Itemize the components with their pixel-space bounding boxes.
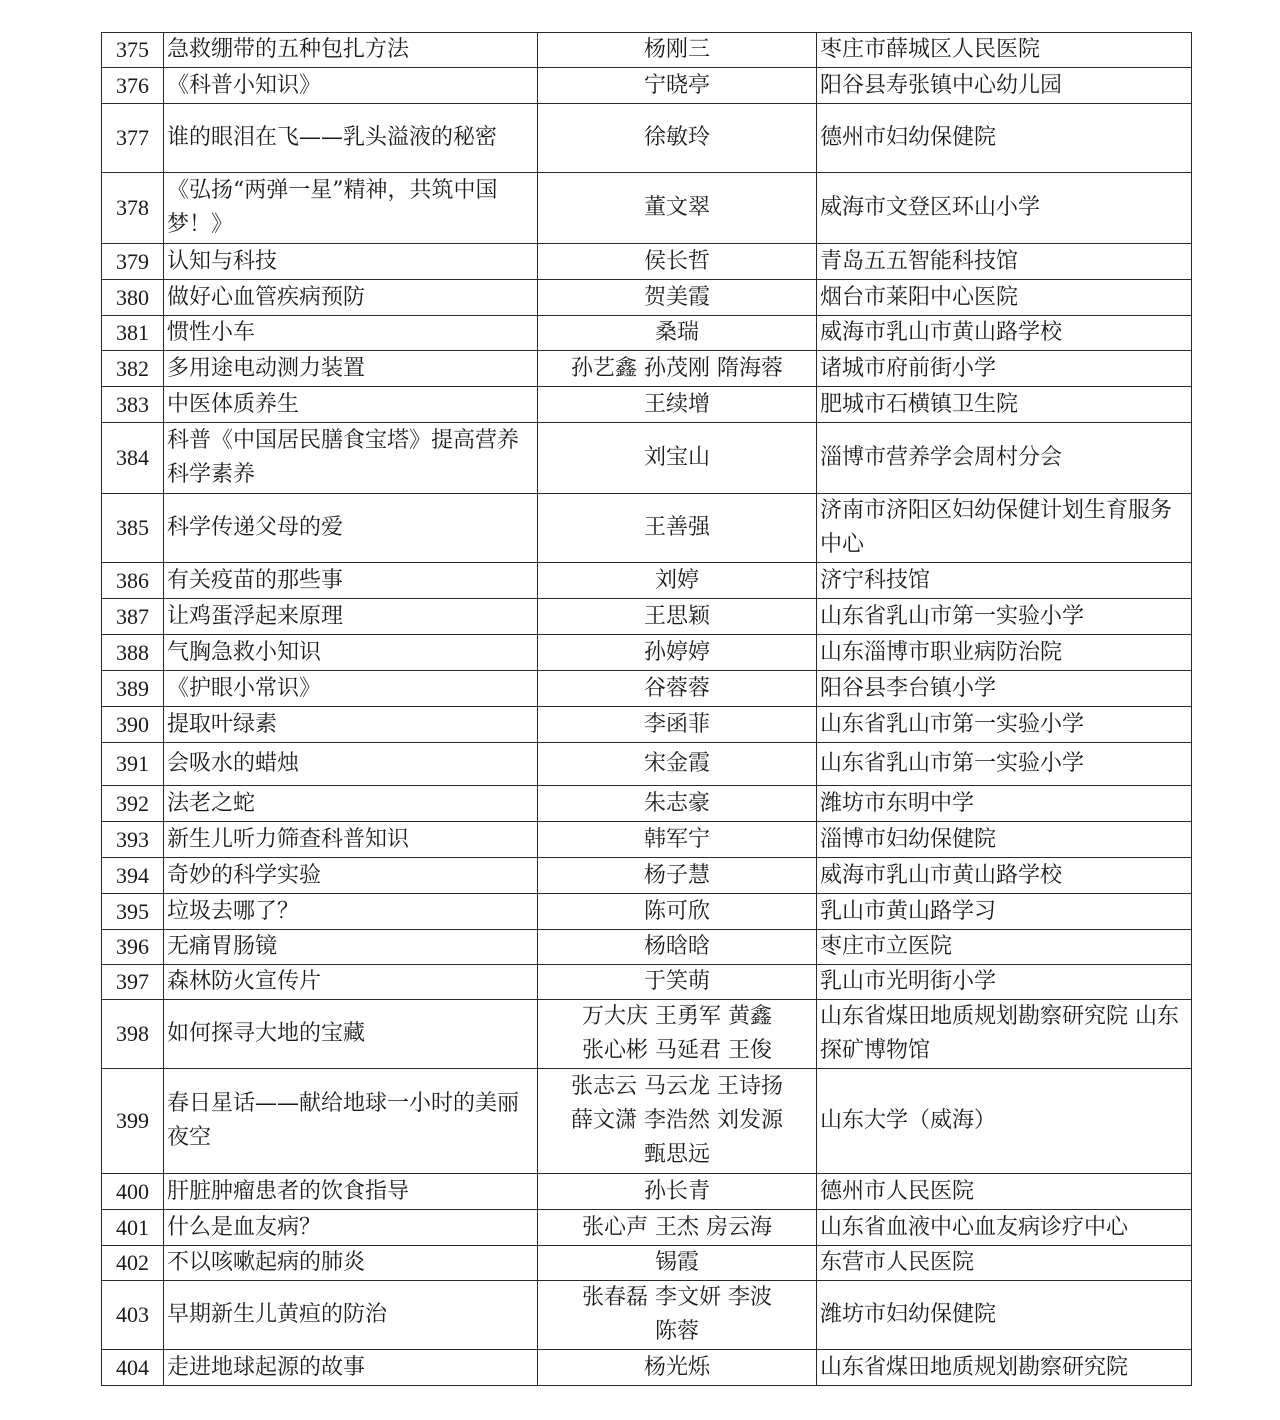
entry-organization: 山东淄博市职业病防治院 (817, 635, 1192, 671)
entry-organization: 潍坊市东明中学 (817, 786, 1192, 822)
entry-number: 376 (102, 68, 164, 104)
table-body: 375 急救绷带的五种包扎方法 杨刚三 枣庄市薛城区人民医院 376 《科普小知… (102, 33, 1192, 1386)
table-row: 391 会吸水的蜡烛 宋金霞 山东省乳山市第一实验小学 (102, 743, 1192, 786)
entry-number: 387 (102, 599, 164, 635)
table-row: 393 新生儿听力筛查科普知识 韩军宁 淄博市妇幼保健院 (102, 822, 1192, 858)
table-row: 398 如何探寻大地的宝藏 万大庆 王勇军 黄鑫 张心彬 马延君 王俊 山东省煤… (102, 1000, 1192, 1069)
entry-number: 404 (102, 1350, 164, 1386)
entry-authors: 刘宝山 (538, 423, 817, 494)
table-row: 379 认知与科技 侯长哲 青岛五五智能科技馆 (102, 244, 1192, 280)
table-row: 403 早期新生儿黄疸的防治 张春磊 李文妍 李波 陈蓉 潍坊市妇幼保健院 (102, 1281, 1192, 1350)
entry-organization: 阳谷县寿张镇中心幼儿园 (817, 68, 1192, 104)
entry-authors: 董文翠 (538, 173, 817, 244)
table-row: 399 春日星话——献给地球一小时的美丽夜空 张志云 马云龙 王诗扬 薛文潇 李… (102, 1069, 1192, 1174)
table-row: 404 走进地球起源的故事 杨光烁 山东省煤田地质规划勘察研究院 (102, 1350, 1192, 1386)
entry-organization: 德州市人民医院 (817, 1174, 1192, 1210)
entry-organization: 烟台市莱阳中心医院 (817, 280, 1192, 316)
table-row: 388 气胸急救小知识 孙婷婷 山东淄博市职业病防治院 (102, 635, 1192, 671)
entry-authors: 杨光烁 (538, 1350, 817, 1386)
entry-number: 378 (102, 173, 164, 244)
entry-title: 科学传递父母的爱 (164, 494, 538, 563)
table-row: 392 法老之蛇 朱志豪 潍坊市东明中学 (102, 786, 1192, 822)
entry-organization: 威海市乳山市黄山路学校 (817, 858, 1192, 894)
table-row: 384 科普《中国居民膳食宝塔》提高营养科学素养 刘宝山 淄博市营养学会周村分会 (102, 423, 1192, 494)
entry-number: 379 (102, 244, 164, 280)
entry-number: 384 (102, 423, 164, 494)
entry-authors: 桑瑞 (538, 316, 817, 351)
entry-title: 新生儿听力筛查科普知识 (164, 822, 538, 858)
entry-title: 《弘扬“两弹一星”精神，共筑中国梦！》 (164, 173, 538, 244)
entry-organization: 淄博市营养学会周村分会 (817, 423, 1192, 494)
entry-number: 402 (102, 1246, 164, 1281)
entry-title: 肝脏肿瘤患者的饮食指导 (164, 1174, 538, 1210)
entry-title: 奇妙的科学实验 (164, 858, 538, 894)
entry-authors: 孙婷婷 (538, 635, 817, 671)
table-row: 396 无痛胃肠镜 杨晗晗 枣庄市立医院 (102, 930, 1192, 965)
entry-organization: 山东省乳山市第一实验小学 (817, 743, 1192, 786)
entry-authors: 万大庆 王勇军 黄鑫 张心彬 马延君 王俊 (538, 1000, 817, 1069)
entry-number: 383 (102, 387, 164, 423)
entry-number: 385 (102, 494, 164, 563)
entry-number: 386 (102, 563, 164, 599)
entry-number: 403 (102, 1281, 164, 1350)
entry-number: 401 (102, 1210, 164, 1246)
table-row: 390 提取叶绿素 李函菲 山东省乳山市第一实验小学 (102, 707, 1192, 743)
entry-organization: 阳谷县李台镇小学 (817, 671, 1192, 707)
entry-organization: 济南市济阳区妇幼保健计划生育服务中心 (817, 494, 1192, 563)
entry-organization: 潍坊市妇幼保健院 (817, 1281, 1192, 1350)
entry-number: 392 (102, 786, 164, 822)
entry-authors: 贺美霞 (538, 280, 817, 316)
entry-authors: 杨晗晗 (538, 930, 817, 965)
entry-title: 走进地球起源的故事 (164, 1350, 538, 1386)
entry-authors: 于笑萌 (538, 965, 817, 1000)
table-row: 386 有关疫苗的那些事 刘婷 济宁科技馆 (102, 563, 1192, 599)
entry-title: 有关疫苗的那些事 (164, 563, 538, 599)
entry-number: 393 (102, 822, 164, 858)
entry-title: 会吸水的蜡烛 (164, 743, 538, 786)
table-row: 394 奇妙的科学实验 杨子慧 威海市乳山市黄山路学校 (102, 858, 1192, 894)
table-row: 382 多用途电动测力装置 孙艺鑫 孙茂刚 隋海蓉 诸城市府前街小学 (102, 351, 1192, 387)
table-row: 380 做好心血管疾病预防 贺美霞 烟台市莱阳中心医院 (102, 280, 1192, 316)
entry-title: 法老之蛇 (164, 786, 538, 822)
entry-title: 春日星话——献给地球一小时的美丽夜空 (164, 1069, 538, 1174)
entry-authors: 韩军宁 (538, 822, 817, 858)
entry-number: 391 (102, 743, 164, 786)
table-row: 375 急救绷带的五种包扎方法 杨刚三 枣庄市薛城区人民医院 (102, 33, 1192, 68)
table-row: 376 《科普小知识》 宁晓亭 阳谷县寿张镇中心幼儿园 (102, 68, 1192, 104)
entry-organization: 德州市妇幼保健院 (817, 104, 1192, 173)
entry-number: 389 (102, 671, 164, 707)
entry-title: 不以咳嗽起病的肺炎 (164, 1246, 538, 1281)
entry-number: 390 (102, 707, 164, 743)
entry-authors: 王善强 (538, 494, 817, 563)
entry-number: 382 (102, 351, 164, 387)
entry-organization: 山东省乳山市第一实验小学 (817, 707, 1192, 743)
entry-title: 垃圾去哪了？ (164, 894, 538, 930)
entry-number: 375 (102, 33, 164, 68)
entry-number: 380 (102, 280, 164, 316)
table-row: 402 不以咳嗽起病的肺炎 锡霞 东营市人民医院 (102, 1246, 1192, 1281)
entry-title: 多用途电动测力装置 (164, 351, 538, 387)
entry-title: 《护眼小常识》 (164, 671, 538, 707)
entry-authors: 孙长青 (538, 1174, 817, 1210)
entry-title: 惯性小车 (164, 316, 538, 351)
entry-organization: 乳山市黄山路学习 (817, 894, 1192, 930)
entry-title: 让鸡蛋浮起来原理 (164, 599, 538, 635)
table-row: 381 惯性小车 桑瑞 威海市乳山市黄山路学校 (102, 316, 1192, 351)
entry-organization: 山东省乳山市第一实验小学 (817, 599, 1192, 635)
entry-organization: 山东大学（威海） (817, 1069, 1192, 1174)
table-row: 389 《护眼小常识》 谷蓉蓉 阳谷县李台镇小学 (102, 671, 1192, 707)
table-row: 401 什么是血友病？ 张心声 王杰 房云海 山东省血液中心血友病诊疗中心 (102, 1210, 1192, 1246)
entry-authors: 李函菲 (538, 707, 817, 743)
entry-title: 中医体质养生 (164, 387, 538, 423)
entry-organization: 青岛五五智能科技馆 (817, 244, 1192, 280)
entry-authors: 张志云 马云龙 王诗扬 薛文潇 李浩然 刘发源 甄思远 (538, 1069, 817, 1174)
entry-number: 377 (102, 104, 164, 173)
entry-authors: 谷蓉蓉 (538, 671, 817, 707)
entry-organization: 山东省煤田地质规划勘察研究院 (817, 1350, 1192, 1386)
table-row: 387 让鸡蛋浮起来原理 王思颖 山东省乳山市第一实验小学 (102, 599, 1192, 635)
entry-title: 科普《中国居民膳食宝塔》提高营养科学素养 (164, 423, 538, 494)
entry-title: 如何探寻大地的宝藏 (164, 1000, 538, 1069)
entry-title: 做好心血管疾病预防 (164, 280, 538, 316)
entry-authors: 侯长哲 (538, 244, 817, 280)
entry-title: 认知与科技 (164, 244, 538, 280)
entry-organization: 济宁科技馆 (817, 563, 1192, 599)
entry-title: 早期新生儿黄疸的防治 (164, 1281, 538, 1350)
table-row: 385 科学传递父母的爱 王善强 济南市济阳区妇幼保健计划生育服务中心 (102, 494, 1192, 563)
entry-number: 388 (102, 635, 164, 671)
entry-organization: 山东省血液中心血友病诊疗中心 (817, 1210, 1192, 1246)
entry-authors: 张春磊 李文妍 李波 陈蓉 (538, 1281, 817, 1350)
entry-organization: 威海市乳山市黄山路学校 (817, 316, 1192, 351)
entry-title: 谁的眼泪在飞——乳头溢液的秘密 (164, 104, 538, 173)
entry-title: 森林防火宣传片 (164, 965, 538, 1000)
entry-authors: 徐敏玲 (538, 104, 817, 173)
entry-title: 提取叶绿素 (164, 707, 538, 743)
entry-number: 398 (102, 1000, 164, 1069)
entry-title: 气胸急救小知识 (164, 635, 538, 671)
entry-number: 381 (102, 316, 164, 351)
table-row: 377 谁的眼泪在飞——乳头溢液的秘密 徐敏玲 德州市妇幼保健院 (102, 104, 1192, 173)
entry-title: 什么是血友病？ (164, 1210, 538, 1246)
entry-organization: 山东省煤田地质规划勘察研究院 山东探矿博物馆 (817, 1000, 1192, 1069)
entry-title: 急救绷带的五种包扎方法 (164, 33, 538, 68)
entry-authors: 杨刚三 (538, 33, 817, 68)
entry-number: 397 (102, 965, 164, 1000)
entry-number: 396 (102, 930, 164, 965)
table-row: 400 肝脏肿瘤患者的饮食指导 孙长青 德州市人民医院 (102, 1174, 1192, 1210)
entry-authors: 宋金霞 (538, 743, 817, 786)
entry-organization: 诸城市府前街小学 (817, 351, 1192, 387)
table-row: 395 垃圾去哪了？ 陈可欣 乳山市黄山路学习 (102, 894, 1192, 930)
entry-number: 399 (102, 1069, 164, 1174)
entry-authors: 孙艺鑫 孙茂刚 隋海蓉 (538, 351, 817, 387)
entry-organization: 枣庄市薛城区人民医院 (817, 33, 1192, 68)
entry-authors: 锡霞 (538, 1246, 817, 1281)
entry-authors: 张心声 王杰 房云海 (538, 1210, 817, 1246)
entry-authors: 王续增 (538, 387, 817, 423)
entry-authors: 王思颖 (538, 599, 817, 635)
entry-organization: 枣庄市立医院 (817, 930, 1192, 965)
entry-authors: 宁晓亭 (538, 68, 817, 104)
entry-organization: 东营市人民医院 (817, 1246, 1192, 1281)
entry-title: 《科普小知识》 (164, 68, 538, 104)
entry-organization: 威海市文登区环山小学 (817, 173, 1192, 244)
entry-authors: 杨子慧 (538, 858, 817, 894)
awards-table: 375 急救绷带的五种包扎方法 杨刚三 枣庄市薛城区人民医院 376 《科普小知… (101, 32, 1192, 1386)
entry-number: 400 (102, 1174, 164, 1210)
entry-authors: 陈可欣 (538, 894, 817, 930)
entry-number: 395 (102, 894, 164, 930)
table-row: 383 中医体质养生 王续增 肥城市石横镇卫生院 (102, 387, 1192, 423)
entry-number: 394 (102, 858, 164, 894)
entry-organization: 乳山市光明街小学 (817, 965, 1192, 1000)
table-row: 397 森林防火宣传片 于笑萌 乳山市光明街小学 (102, 965, 1192, 1000)
entry-authors: 刘婷 (538, 563, 817, 599)
entry-authors: 朱志豪 (538, 786, 817, 822)
entry-organization: 淄博市妇幼保健院 (817, 822, 1192, 858)
table-row: 378 《弘扬“两弹一星”精神，共筑中国梦！》 董文翠 威海市文登区环山小学 (102, 173, 1192, 244)
entry-organization: 肥城市石横镇卫生院 (817, 387, 1192, 423)
entry-title: 无痛胃肠镜 (164, 930, 538, 965)
